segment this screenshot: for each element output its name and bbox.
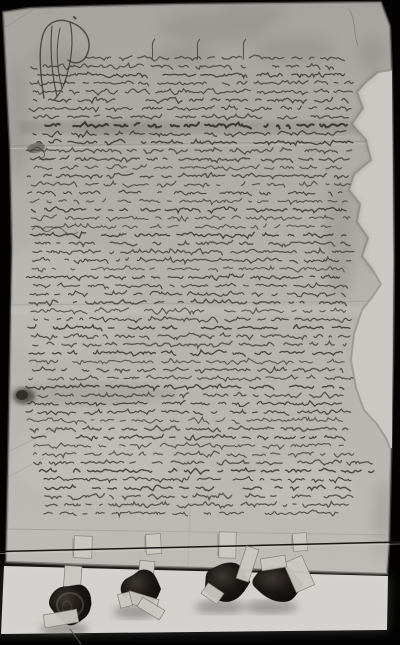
opening-initial-flourish [74,17,76,19]
plica-tag-tab [219,532,236,558]
seal-4-shadow [245,600,298,614]
smear-band [20,121,390,134]
seal-3-shadow [195,600,246,614]
plica-tag-tab [145,534,161,555]
parchment-texture [0,0,400,580]
charter-photograph [0,0,400,645]
plica-tag-tab [292,532,308,551]
charter-parchment [0,0,400,580]
charter-scene [0,0,400,645]
plica-tag-tab [74,536,93,559]
